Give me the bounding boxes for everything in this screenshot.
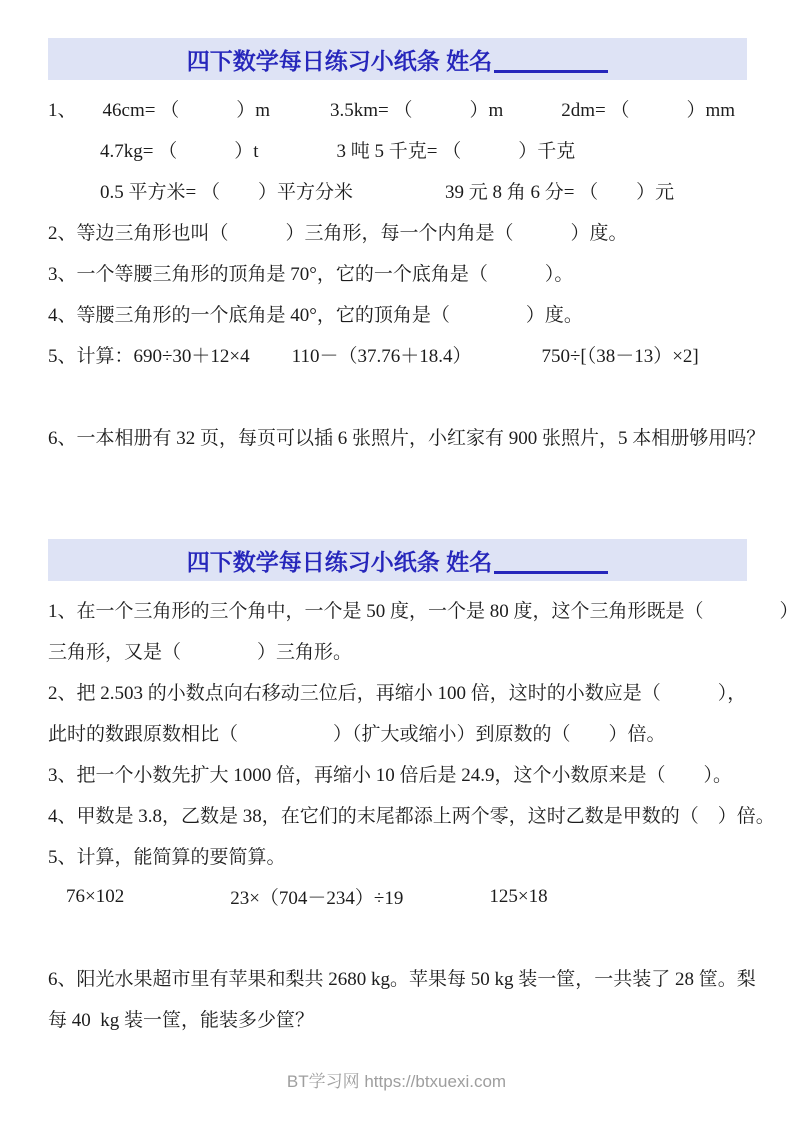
section1-title: 四下数学每日练习小纸条 姓名 xyxy=(187,43,608,76)
spacer xyxy=(48,581,747,589)
q1-number: 1、 xyxy=(48,95,77,122)
q1-conversion-ton: 3 吨 5 千克= （ ）千克 xyxy=(337,136,576,163)
question-text: 6、一本相册有 32 页，每页可以插 6 张照片，小红家有 900 张照片，5 … xyxy=(48,423,765,450)
q5-expression-2: 23×（704－234）÷19 xyxy=(230,883,403,910)
section1-title-text: 四下数学每日练习小纸条 姓名 xyxy=(187,43,492,76)
question-text: 5、计算，能简算的要简算。 xyxy=(48,842,286,869)
s1-q1-row1: 1、 46cm= （ ）m 3.5km= （ ）m 2dm= （ ）mm xyxy=(48,88,747,129)
question-text: 3、把一个小数先扩大 1000 倍，再缩小 10 倍后是 24.9，这个小数原来… xyxy=(48,760,732,787)
q1-conversion-sqm: 0.5 平方米= （ ）平方分米 xyxy=(100,177,353,204)
s1-q2-equilateral-triangle: 2、等边三角形也叫（ ）三角形，每一个内角是（ ）度。 xyxy=(48,211,747,252)
spacer xyxy=(48,917,747,957)
question-text: 3、一个等腰三角形的顶角是 70°，它的一个底角是（ ）。 xyxy=(48,259,573,286)
s2-q2-decimal-point-line1: 2、把 2.503 的小数点向右移动三位后，再缩小 100 倍，这时的小数应是（… xyxy=(48,671,747,712)
question-text: 4、甲数是 3.8，乙数是 38，在它们的末尾都添上两个零，这时乙数是甲数的（ … xyxy=(48,801,775,828)
s2-q4-append-zeros: 4、甲数是 3.8，乙数是 38，在它们的末尾都添上两个零，这时乙数是甲数的（ … xyxy=(48,794,747,835)
section2-title-text: 四下数学每日练习小纸条 姓名 xyxy=(187,544,492,577)
section2-name-blank-line xyxy=(494,571,608,574)
q5-expression-1: 5、计算：690÷30＋12×4 xyxy=(48,341,250,368)
s2-q5-expressions: 76×102 23×（704－234）÷19 125×18 xyxy=(48,876,747,917)
s1-q1-row2: 4.7kg= （ ）t 3 吨 5 千克= （ ）千克 xyxy=(48,129,747,170)
s2-q1-triangle-angles-line2: 三角形，又是（ ）三角形。 xyxy=(48,630,747,671)
q5-expression-3: 125×18 xyxy=(489,886,547,908)
q1-conversion-dm: 2dm= （ ）mm xyxy=(561,95,735,122)
q1-conversion-kg: 4.7kg= （ ）t xyxy=(100,136,259,163)
s2-q5-calculation-instruction: 5、计算，能简算的要简算。 xyxy=(48,835,747,876)
s2-q6-fruit-word-problem-line1: 6、阳光水果超市里有苹果和梨共 2680 kg。苹果每 50 kg 装一筐，一共… xyxy=(48,957,747,998)
section2-title-band: 四下数学每日练习小纸条 姓名 xyxy=(48,539,747,581)
question-text: 2、把 2.503 的小数点向右移动三位后，再缩小 100 倍，这时的小数应是（… xyxy=(48,678,746,705)
section1-title-band: 四下数学每日练习小纸条 姓名 xyxy=(48,38,747,80)
question-text: 2、等边三角形也叫（ ）三角形，每一个内角是（ ）度。 xyxy=(48,218,628,245)
spacer xyxy=(48,375,747,416)
question-text: 此时的数跟原数相比（ ）（扩大或缩小）到原数的（ ）倍。 xyxy=(48,719,666,746)
spacer xyxy=(48,457,747,539)
question-text: 4、等腰三角形的一个底角是 40°，它的顶角是（ ）度。 xyxy=(48,300,583,327)
q5-expression-2: 110－（37.76＋18.4） xyxy=(292,341,472,368)
q5-expression-1: 76×102 xyxy=(66,886,124,908)
question-text: 三角形，又是（ ）三角形。 xyxy=(48,637,352,664)
spacer xyxy=(48,80,747,88)
section2-title: 四下数学每日练习小纸条 姓名 xyxy=(187,544,608,577)
s1-q3-isosceles-apex: 3、一个等腰三角形的顶角是 70°，它的一个底角是（ ）。 xyxy=(48,252,747,293)
site-credit: BT学习网 https://btxuexi.com xyxy=(0,1067,793,1092)
q5-expression-3: 750÷[（38－13）×2] xyxy=(541,341,698,368)
worksheet-page: 四下数学每日练习小纸条 姓名 1、 46cm= （ ）m 3.5km= （ ）m… xyxy=(0,0,793,1122)
q1-conversion-yuan: 39 元 8 角 6 分= （ ）元 xyxy=(445,177,674,204)
section1-name-blank-line xyxy=(494,70,608,73)
s2-q2-decimal-point-line2: 此时的数跟原数相比（ ）（扩大或缩小）到原数的（ ）倍。 xyxy=(48,712,747,753)
s1-q6-photo-album-word-problem: 6、一本相册有 32 页，每页可以插 6 张照片，小红家有 900 张照片，5 … xyxy=(48,416,747,457)
s1-q5-calculations: 5、计算：690÷30＋12×4 110－（37.76＋18.4） 750÷[（… xyxy=(48,334,747,375)
q1-conversion-km: 3.5km= （ ）m xyxy=(330,95,503,122)
question-text: 每 40 kg 装一筐，能装多少筐？ xyxy=(48,1005,314,1032)
q1-conversion-cm: 46cm= （ ）m xyxy=(103,95,270,122)
question-text: 6、阳光水果超市里有苹果和梨共 2680 kg。苹果每 50 kg 装一筐，一共… xyxy=(48,964,756,991)
s1-q4-isosceles-base: 4、等腰三角形的一个底角是 40°，它的顶角是（ ）度。 xyxy=(48,293,747,334)
s1-q1-row3: 0.5 平方米= （ ）平方分米 39 元 8 角 6 分= （ ）元 xyxy=(48,170,747,211)
site-credit-text: BT学习网 https://btxuexi.com xyxy=(287,1072,506,1091)
question-text: 1、在一个三角形的三个角中，一个是 50 度，一个是 80 度，这个三角形既是（… xyxy=(48,596,793,623)
s2-q1-triangle-angles-line1: 1、在一个三角形的三个角中，一个是 50 度，一个是 80 度，这个三角形既是（… xyxy=(48,589,747,630)
s2-q6-fruit-word-problem-line2: 每 40 kg 装一筐，能装多少筐？ xyxy=(48,998,747,1039)
s2-q3-decimal-scaling: 3、把一个小数先扩大 1000 倍，再缩小 10 倍后是 24.9，这个小数原来… xyxy=(48,753,747,794)
